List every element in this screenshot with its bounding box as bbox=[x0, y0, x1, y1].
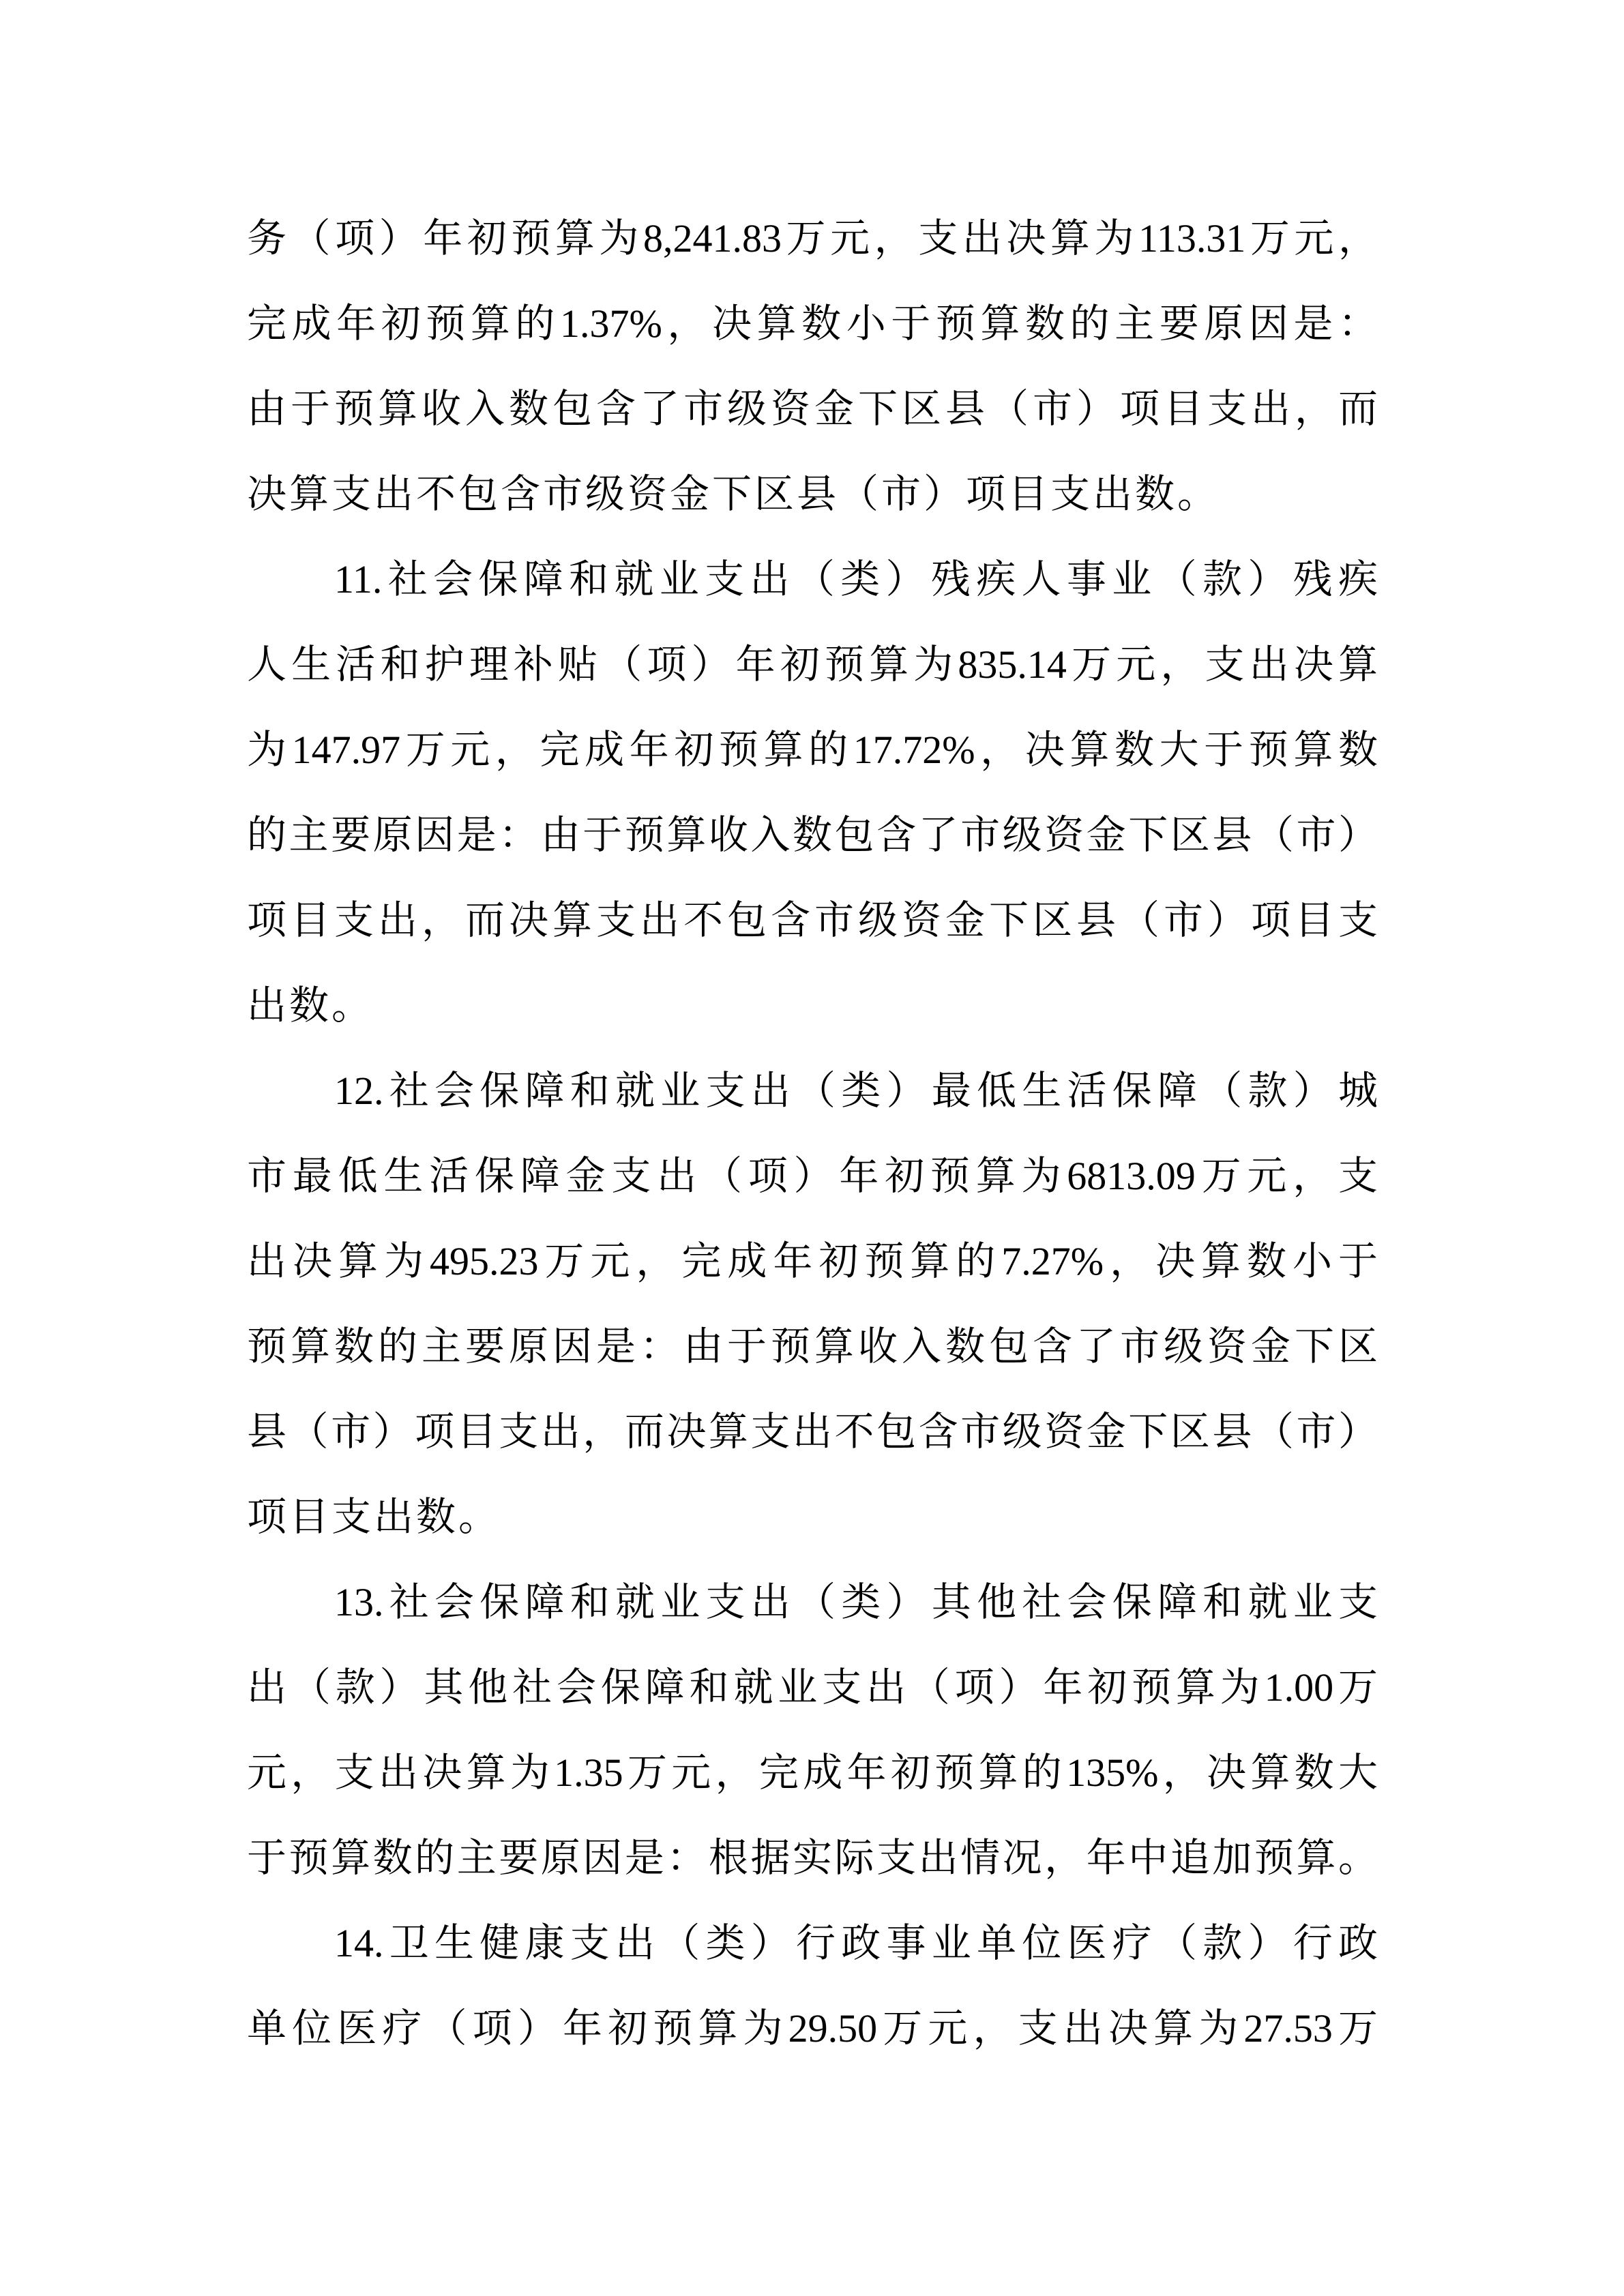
text-line-item-12-1: 12.社会保障和就业支出（类）最低生活保障（款）城 bbox=[247, 1048, 1378, 1133]
text-line-item-11-1: 11.社会保障和就业支出（类）残疾人事业（款）残疾 bbox=[247, 537, 1378, 622]
text-line-item-10-continuation-3: 由于预算收入数包含了市级资金下区县（市）项目支出，而 bbox=[247, 366, 1378, 451]
text-line-item-12-2: 市最低生活保障金支出（项）年初预算为6813.09万元，支 bbox=[247, 1133, 1378, 1219]
text-line-item-12-3: 出决算为495.23万元，完成年初预算的7.27%，决算数小于 bbox=[247, 1219, 1378, 1304]
text-line-item-10-continuation-1: 务（项）年初预算为8,241.83万元，支出决算为113.31万元， bbox=[247, 196, 1378, 281]
text-line-item-12-5: 县（市）项目支出，而决算支出不包含市级资金下区县（市） bbox=[247, 1389, 1378, 1474]
text-line-item-14-1: 14.卫生健康支出（类）行政事业单位医疗（款）行政 bbox=[247, 1900, 1378, 1986]
text-line-item-12-4: 预算数的主要原因是：由于预算收入数包含了市级资金下区 bbox=[247, 1304, 1378, 1389]
text-line-item-10-continuation-2: 完成年初预算的1.37%，决算数小于预算数的主要原因是： bbox=[247, 281, 1378, 366]
text-line-item-13-2: 出（款）其他社会保障和就业支出（项）年初预算为1.00万 bbox=[247, 1645, 1378, 1730]
document-page: 务（项）年初预算为8,241.83万元，支出决算为113.31万元，完成年初预算… bbox=[0, 0, 1624, 2296]
text-line-item-11-2: 人生活和护理补贴（项）年初预算为835.14万元，支出决算 bbox=[247, 622, 1378, 707]
text-line-item-13-4: 于预算数的主要原因是：根据实际支出情况，年中追加预算。 bbox=[247, 1815, 1378, 1900]
text-line-item-12-6: 项目支出数。 bbox=[247, 1474, 1378, 1560]
text-line-item-11-5: 项目支出，而决算支出不包含市级资金下区县（市）项目支 bbox=[247, 878, 1378, 963]
text-line-item-14-2: 单位医疗（项）年初预算为29.50万元，支出决算为27.53万 bbox=[247, 1986, 1378, 2071]
budget-report-text-block: 务（项）年初预算为8,241.83万元，支出决算为113.31万元，完成年初预算… bbox=[247, 196, 1378, 2071]
text-line-item-13-1: 13.社会保障和就业支出（类）其他社会保障和就业支 bbox=[247, 1560, 1378, 1645]
text-line-item-13-3: 元，支出决算为1.35万元，完成年初预算的135%，决算数大 bbox=[247, 1730, 1378, 1815]
text-line-item-10-continuation-4: 决算支出不包含市级资金下区县（市）项目支出数。 bbox=[247, 451, 1378, 537]
text-line-item-11-3: 为147.97万元，完成年初预算的17.72%，决算数大于预算数 bbox=[247, 707, 1378, 792]
text-line-item-11-4: 的主要原因是：由于预算收入数包含了市级资金下区县（市） bbox=[247, 792, 1378, 878]
text-line-item-11-6: 出数。 bbox=[247, 963, 1378, 1048]
